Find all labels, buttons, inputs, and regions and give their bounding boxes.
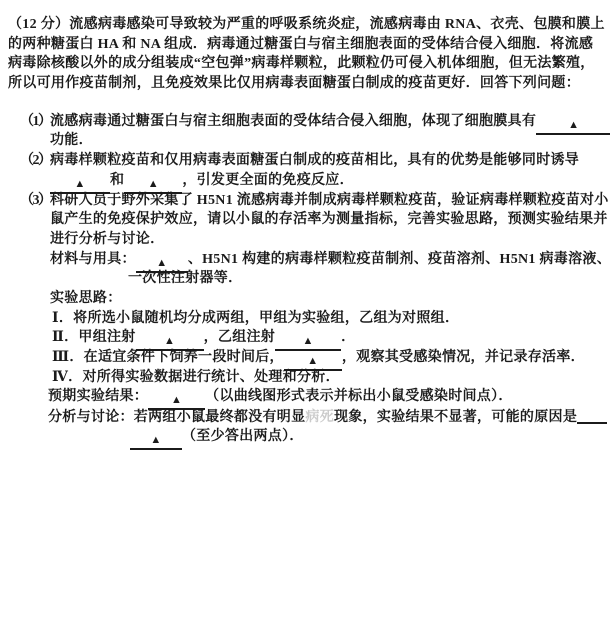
text-line: 材料与用具：▲、H5N1 构建的病毒样颗粒疫苗制剂、疫苗溶剂、H5N1 病毒溶液… <box>0 250 610 270</box>
text-line: 一次性注射器等． <box>0 269 610 289</box>
text-segment: ，观察其受感染情况，并记录存活率． <box>342 350 585 365</box>
text-line: Ⅱ．甲组注射▲，乙组注射▲． <box>0 328 610 348</box>
text-segment: ，乙组注射 <box>204 330 276 345</box>
text-segment: 流感病毒通过糖蛋白与宿主细胞表面的受体结合侵入细胞，体现了细胞膜具有 <box>50 114 536 129</box>
text-segment: （以曲线图形式表示并标出小鼠受感染时间点）． <box>205 389 513 404</box>
text-line: 所以可用作疫苗制剂，且免疫效果比仅用病毒表面糖蛋白制成的疫苗更好．回答下列问题： <box>0 74 610 94</box>
text-segment: 实验思路： <box>50 291 122 306</box>
text-segment: 病毒除核酸以外的成分组装成“空包弹”病毒样颗粒，此颗粒仍可侵入机体细胞，但无法繁… <box>8 56 595 71</box>
text-line: 分析与讨论：若两组小鼠最终都没有明显病死现象，实验结果不显著，可能的原因是 <box>0 407 610 427</box>
text-segment: Ⅲ．在适宜条件下饲养一段时间后， <box>52 350 284 365</box>
text-line: 进行分析与讨论． <box>0 230 610 250</box>
text-line: （1）流感病毒通过糖蛋白与宿主细胞表面的受体结合侵入细胞，体现了细胞膜具有▲的 <box>0 112 610 132</box>
text-line: 病毒除核酸以外的成分组装成“空包弹”病毒样颗粒，此颗粒仍可侵入机体细胞，但无法繁… <box>0 54 610 74</box>
text-line: （2）病毒样颗粒疫苗和仅用病毒表面糖蛋白制成的疫苗相比，具有的优势是能够同时诱导 <box>0 151 610 171</box>
text-segment: ． <box>341 330 355 345</box>
text-line: 预期实验结果：▲（以曲线图形式表示并标出小鼠受感染时间点）． <box>0 387 610 407</box>
text-segment: 预期实验结果： <box>48 389 148 404</box>
item-number-marker: （1） <box>20 112 50 132</box>
text-segment: 进行分析与讨论． <box>50 232 164 247</box>
text-segment: 科研人员于野外采集了 H5N1 流感病毒并制成病毒样颗粒疫苗，验证病毒样颗粒疫苗… <box>50 193 609 208</box>
item-number-marker: （2） <box>20 151 50 171</box>
text-segment: ，引发更全面的免疫反应． <box>182 173 354 188</box>
answer-blank: ▲ <box>130 433 182 450</box>
text-line: Ⅲ．在适宜条件下饲养一段时间后，▲，观察其受感染情况，并记录存活率． <box>0 348 610 368</box>
text-line: ▲和▲，引发更全面的免疫反应． <box>0 171 610 191</box>
text-segment: 和 <box>110 173 124 188</box>
text-segment: 现象，实验结果不显著，可能的原因是 <box>334 410 577 425</box>
text-segment: Ⅱ．甲组注射 <box>52 330 136 345</box>
text-line: （3）科研人员于野外采集了 H5N1 流感病毒并制成病毒样颗粒疫苗，验证病毒样颗… <box>0 191 610 211</box>
item-number-marker: （3） <box>20 191 50 211</box>
text-segment: 功能． <box>50 133 93 148</box>
text-line: （12 分）流感病毒感染可导致较为严重的呼吸系统炎症，流感病毒由 RNA、衣壳、… <box>0 15 610 35</box>
text-segment: 、H5N1 构建的病毒样颗粒疫苗制剂、疫苗溶剂、H5N1 病毒溶液、 <box>188 252 610 267</box>
text-segment: 一次性注射器等． <box>128 271 242 286</box>
text-segment: 病毒样颗粒疫苗和仅用病毒表面糖蛋白制成的疫苗相比，具有的优势是能够同时诱导 <box>50 153 579 168</box>
text-line: 鼠产生的免疫保护效应，请以小鼠的存活率为测量指标，完善实验思路，预测实验结果并 <box>0 210 610 230</box>
text-line: ▲（至少答出两点）． <box>0 427 610 447</box>
text-line: Ⅰ．将所选小鼠随机均分成两组，甲组为实验组，乙组为对照组． <box>0 309 610 329</box>
text-line: 功能． <box>0 131 610 151</box>
text-segment: 所以可用作疫苗制剂，且免疫效果比仅用病毒表面糖蛋白制成的疫苗更好．回答下列问题： <box>8 76 580 91</box>
text-segment: Ⅳ．对所得实验数据进行统计、处理和分析． <box>52 370 340 385</box>
text-segment: 材料与用具： <box>50 252 136 267</box>
text-segment: Ⅰ．将所选小鼠随机均分成两组，甲组为实验组，乙组为对照组． <box>52 311 459 326</box>
question-block: （12 分）流感病毒感染可导致较为严重的呼吸系统炎症，流感病毒由 RNA、衣壳、… <box>0 15 610 446</box>
answer-blank: ▲ <box>536 118 610 135</box>
text-segment: （至少答出两点）． <box>182 429 304 444</box>
text-segment: （12 分）流感病毒感染可导致较为严重的呼吸系统炎症，流感病毒由 RNA、衣壳、… <box>8 17 605 32</box>
text-segment: 的两种糖蛋白 HA 和 NA 组成．病毒通过糖蛋白与宿主细胞表面的受体结合侵入细… <box>8 37 593 52</box>
text-segment: 分析与讨论：若两组小鼠最终都没有明显 <box>48 410 305 425</box>
text-segment: 鼠产生的免疫保护效应，请以小鼠的存活率为测量指标，完善实验思路，预测实验结果并 <box>50 212 608 227</box>
answer-blank <box>577 407 607 424</box>
text-line: 实验思路： <box>0 289 610 309</box>
faded-text: 病死 <box>305 410 334 425</box>
exam-page: （12 分）流感病毒感染可导致较为严重的呼吸系统炎症，流感病毒由 RNA、衣壳、… <box>0 0 610 618</box>
text-line: 的两种糖蛋白 HA 和 NA 组成．病毒通过糖蛋白与宿主细胞表面的受体结合侵入细… <box>0 35 610 55</box>
text-line: Ⅳ．对所得实验数据进行统计、处理和分析． <box>0 368 610 388</box>
